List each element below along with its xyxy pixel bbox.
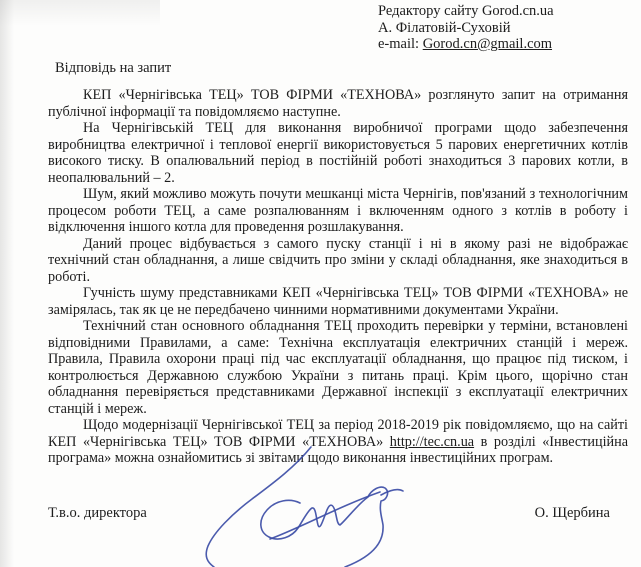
email-label: e-mail: — [378, 36, 423, 52]
recipient-block: Редактору сайту Gorod.cn.ua А. Філатовій… — [378, 3, 554, 53]
recipient-email-line: e-mail: Gorod.cn@gmail.com — [378, 36, 554, 53]
paragraph-2: На Чернігівській ТЕЦ для виконання вироб… — [48, 120, 628, 186]
recipient-line-name: А. Філатовій-Суховій — [378, 20, 554, 37]
subject-line: Відповідь на запит — [55, 60, 171, 77]
paragraph-6: Технічний стан основного обладнання ТЕЦ … — [48, 318, 628, 417]
paragraph-4: Даний процес відбувається з самого пуску… — [48, 236, 628, 286]
handwritten-signature-icon — [150, 440, 420, 567]
signature-row: Т.в.о. директора О. Щербина — [48, 505, 610, 522]
letter-body: КЕП «Чернігівська ТЕЦ» ТОВ ФІРМИ «ТЕХНОВ… — [48, 87, 628, 467]
recipient-line-site: Редактору сайту Gorod.cn.ua — [378, 3, 554, 20]
signatory-position: Т.в.о. директора — [48, 505, 147, 522]
paragraph-3: Шум, який можливо можуть почути мешканці… — [48, 186, 628, 236]
email-link[interactable]: Gorod.cn@gmail.com — [423, 36, 552, 52]
signatory-name: О. Щербина — [535, 505, 610, 522]
scanned-letter-page: Редактору сайту Gorod.cn.ua А. Філатовій… — [0, 0, 641, 567]
paragraph-1: КЕП «Чернігівська ТЕЦ» ТОВ ФІРМИ «ТЕХНОВ… — [48, 87, 628, 120]
paragraph-5: Гучність шуму представниками КЕП «Черніг… — [48, 285, 628, 318]
